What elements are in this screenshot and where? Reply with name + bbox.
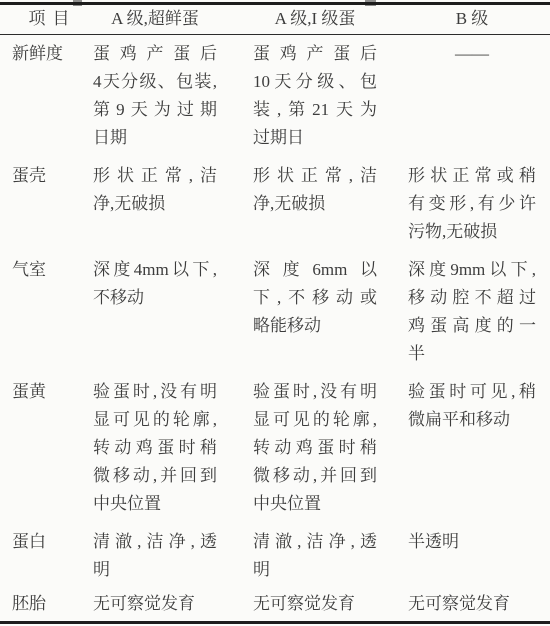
row-label-shell: 蛋壳: [0, 162, 93, 190]
row-albumen: 蛋白 清澈,洁净,透明 清澈,洁净,透明 半透明: [0, 518, 550, 584]
col-header-b: B 级: [408, 5, 550, 33]
cell-freshness-b: ——: [408, 40, 550, 68]
cell-embryo-b: 无可察觉发育: [408, 590, 550, 618]
row-label-freshness: 新鲜度: [0, 40, 93, 68]
cell-yolk-a-super: 验蛋时,没有明显可见的轮廓,转动鸡蛋时稍微移动,并回到中央位置: [93, 378, 253, 518]
row-yolk: 蛋黄 验蛋时,没有明显可见的轮廓,转动鸡蛋时稍微移动,并回到中央位置 验蛋时,没…: [0, 368, 550, 518]
col-header-item: 项目: [0, 5, 93, 33]
row-label-albumen: 蛋白: [0, 528, 93, 556]
row-label-yolk: 蛋黄: [0, 378, 93, 406]
col-header-a-one: A 级,I 级蛋: [253, 5, 408, 33]
cell-shell-a-one: 形状正常,洁净,无破损: [253, 162, 408, 218]
cell-albumen-b: 半透明: [408, 528, 550, 556]
cell-shell-a-super: 形状正常,洁净,无破损: [93, 162, 253, 218]
row-air-cell: 气室 深度4mm以下,不移动 深度6mm以下,不移动或略能移动 深度9mm以下,…: [0, 246, 550, 368]
cell-air-a-super: 深度4mm以下,不移动: [93, 256, 253, 312]
row-shell: 蛋壳 形状正常,洁净,无破损 形状正常,洁净,无破损 形状正常或稍有变形,有少许…: [0, 152, 550, 246]
cell-yolk-b: 验蛋时可见,稍微扁平和移动: [408, 378, 550, 434]
row-embryo: 胚胎 无可察觉发育 无可察觉发育 无可察觉发育: [0, 584, 550, 621]
cell-yolk-a-one: 验蛋时,没有明显可见的轮廓,转动鸡蛋时稍微移动,并回到中央位置: [253, 378, 408, 518]
cell-embryo-a-one: 无可察觉发育: [253, 590, 408, 618]
table-bottom-rule: [0, 621, 550, 624]
cell-air-a-one: 深度6mm以下,不移动或略能移动: [253, 256, 408, 340]
col-header-a-super: A 级,超鲜蛋: [93, 5, 253, 33]
row-label-embryo: 胚胎: [0, 590, 93, 618]
egg-grade-table: 项目 A 级,超鲜蛋 A 级,I 级蛋 B 级 新鲜度 蛋鸡产蛋后4天分级、包装…: [0, 2, 550, 624]
cell-shell-b: 形状正常或稍有变形,有少许污物,无破损: [408, 162, 550, 246]
scanned-table-page: 项目 A 级,超鲜蛋 A 级,I 级蛋 B 级 新鲜度 蛋鸡产蛋后4天分级、包装…: [0, 0, 550, 626]
row-label-air-cell: 气室: [0, 256, 93, 284]
cell-freshness-a-one: 蛋鸡产蛋后10天分级、包装,第21天为过期日: [253, 40, 408, 152]
cell-albumen-a-one: 清澈,洁净,透明: [253, 528, 408, 584]
cell-air-b: 深度9mm以下,移动腔不超过鸡蛋高度的一半: [408, 256, 550, 368]
cell-albumen-a-super: 清澈,洁净,透明: [93, 528, 253, 584]
row-freshness: 新鲜度 蛋鸡产蛋后4天分级、包装,第9天为过期日期 蛋鸡产蛋后10天分级、包装,…: [0, 35, 550, 152]
cell-embryo-a-super: 无可察觉发育: [93, 590, 253, 618]
table-header-row: 项目 A 级,超鲜蛋 A 级,I 级蛋 B 级: [0, 5, 550, 34]
cell-freshness-a-super: 蛋鸡产蛋后4天分级、包装,第9天为过期日期: [93, 40, 253, 152]
